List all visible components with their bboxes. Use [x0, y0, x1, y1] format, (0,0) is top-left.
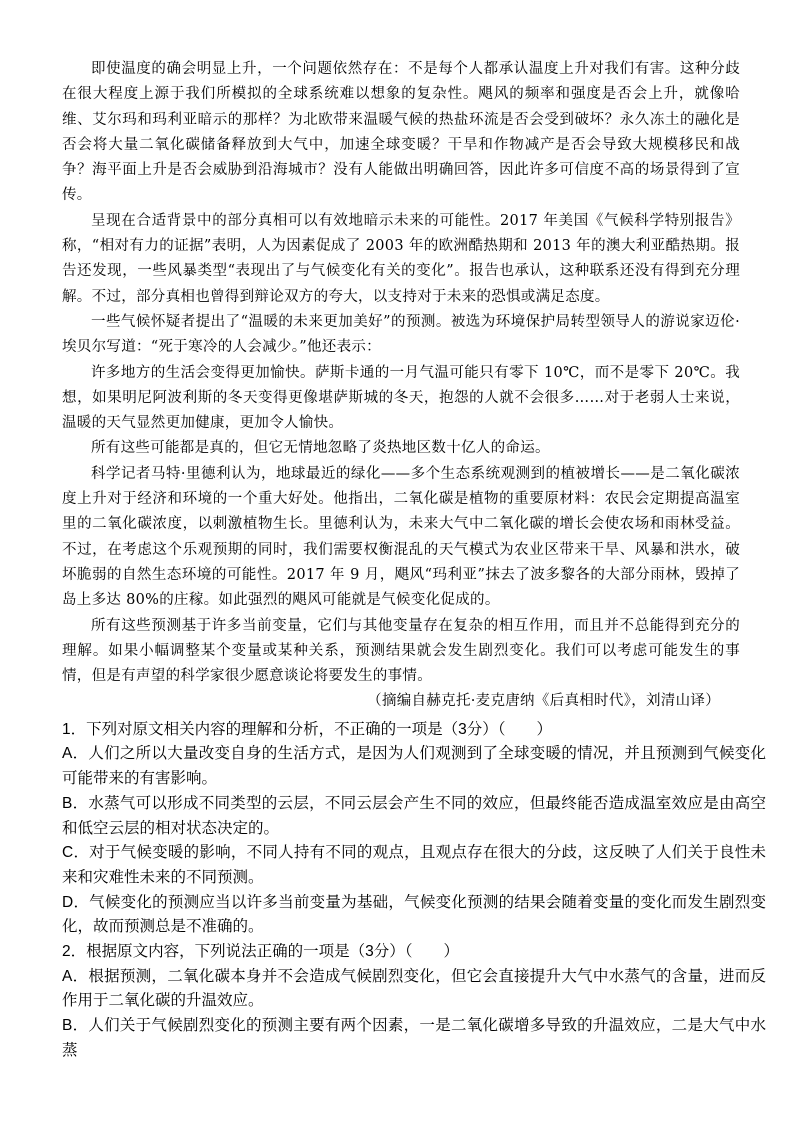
- reading-passage: 即使温度的确会明显上升，一个问题依然存在：不是每个人都承认温度上升对我们有害。这…: [62, 57, 740, 715]
- question-1-option-c: C．对于气候变暖的影响，不同人持有不同的观点，且观点存在很大的分歧，这反映了人们…: [62, 841, 766, 890]
- passage-paragraph: 即使温度的确会明显上升，一个问题依然存在：不是每个人都承认温度上升对我们有害。这…: [62, 57, 740, 209]
- question-2-stem: 2．根据原文内容，下列说法正确的一项是（3分）（ ）: [62, 940, 766, 965]
- passage-paragraph: 所有这些可能都是真的，但它无情地忽略了炎热地区数十亿人的命运。: [62, 436, 740, 461]
- question-1-option-b: B．水蒸气可以形成不同类型的云层，不同云层会产生不同的效应，但最终能否造成温室效…: [62, 792, 766, 841]
- question-2-option-a: A．根据预测，二氧化碳本身并不会造成气候剧烈变化，但它会直接提升大气中水蒸气的含…: [62, 965, 766, 1014]
- passage-paragraph: 许多地方的生活会变得更加愉快。萨斯卡通的一月气温可能只有零下 10℃，而不是零下…: [62, 361, 740, 437]
- passage-paragraph: 一些气候怀疑者提出了“温暖的未来更加美好”的预测。被选为环境保护局转型领导人的游…: [62, 310, 740, 361]
- question-section: 1．下列对原文相关内容的理解和分析，不正确的一项是（3分）（ ） A．人们之所以…: [62, 718, 766, 1064]
- exam-page: 即使温度的确会明显上升，一个问题依然存在：不是每个人都承认温度上升对我们有害。这…: [0, 0, 794, 1123]
- passage-paragraph: 科学记者马特·里德利认为，地球最近的绿化——多个生态系统观测到的植被增长——是二…: [62, 462, 740, 614]
- question-2-option-b: B．人们关于气候剧烈变化的预测主要有两个因素，一是二氧化碳增多导致的升温效应，二…: [62, 1014, 766, 1063]
- question-1-stem: 1．下列对原文相关内容的理解和分析，不正确的一项是（3分）（ ）: [62, 718, 766, 743]
- passage-paragraph: 所有这些预测基于许多当前变量，它们与其他变量存在复杂的相互作用，而且并不总能得到…: [62, 614, 740, 690]
- passage-paragraph: 呈现在合适背景中的部分真相可以有效地暗示未来的可能性。2017 年美国《气候科学…: [62, 209, 740, 310]
- question-1-option-a: A．人们之所以大量改变自身的生活方式，是因为人们观测到了全球变暖的情况，并且预测…: [62, 742, 766, 791]
- question-1-option-d: D．气候变化的预测应当以许多当前变量为基础，气候变化预测的结果会随着变量的变化而…: [62, 891, 766, 940]
- passage-attribution: （摘编自赫克托·麦克唐纳《后真相时代》，刘清山译）: [62, 689, 740, 714]
